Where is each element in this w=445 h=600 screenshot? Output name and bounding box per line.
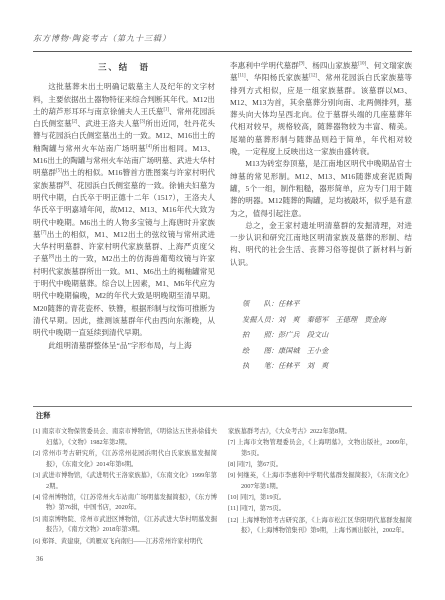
notes-section: [1] 南京市文物保管委员会、南京市博物馆，《明徐达五世孙徐俌夫妇墓》，《文物》… — [33, 427, 412, 548]
credit-row-leader: 领 队：任林平 — [242, 297, 412, 313]
paragraph-continuation: 李惠利中学明代墓群[9]、杨四山家族墓[10]、何文瑞家族墓[11]、华阳杨氏家… — [230, 60, 412, 158]
footnote-item: [8] 同[7]，第67页。 — [228, 460, 412, 471]
credit-row-writing: 执 笔：任林平 刘 爽 — [242, 359, 412, 375]
running-head: 东方博物·陶瓷考古（第九十三辑） — [33, 33, 412, 44]
credit-names: 任林平 刘 爽 — [278, 362, 328, 370]
footnote-item: [2] 常州市考古研究所，《江苏常州花园浜明代白氏家族墓发掘简报》，《东南文化》… — [33, 449, 217, 470]
document-page: 东方博物·陶瓷考古（第九十三辑） 三、结 语 这批墓葬未出土明确记载墓主人及纪年… — [0, 0, 445, 600]
footnote-item: [5] 南京博物院、常州市武进区博物馆，《江苏武进大华村明墓发掘报告》，《南方文… — [33, 515, 217, 536]
paragraph: M13为砖室券顶墓，是江南地区明代中晚期品官士绅墓的常见形制。M12、M13、M… — [230, 158, 412, 219]
footnote-continuation: 家族墓群考古》，《大众考古》2022年第8期。 — [228, 427, 412, 438]
footnote-item: [9] 何继英，《上海市李惠利中学明代墓群发掘简报》，《东南文化》2007年第1… — [228, 471, 412, 492]
notes-column-right: 家族墓群考古》，《大众考古》2022年第8期。 [7] 上海市文物管理委员会，《… — [228, 427, 412, 548]
credit-names: 刘 爽 秦德军 王德理 贾金海 — [278, 316, 386, 324]
footnote-item: [4] 常州博物馆，《江苏常州火车站南广场明墓发掘简报》，《东方博物》第76辑，… — [33, 493, 217, 514]
paragraph: 这批墓葬未出土明确记载墓主人及纪年的文字材料，主要依据出土器物特征来综合判断其年… — [33, 81, 215, 339]
credit-row-excavators: 发掘人员：刘 爽 秦德军 王德理 贾金海 — [242, 313, 412, 329]
credit-names: 彭广兵 段文山 — [278, 331, 328, 339]
credit-role: 发掘人员： — [242, 316, 278, 324]
credit-names: 任林平 — [278, 300, 300, 308]
credit-row-drawing: 绘 图：康国城 王小金 — [242, 344, 412, 360]
credits-block: 领 队：任林平 发掘人员：刘 爽 秦德军 王德理 贾金海 拍 照：彭广兵 段文山… — [230, 297, 412, 375]
notes-title: 注释 — [36, 411, 50, 421]
footnote-item: [10] 同[7]，第19页。 — [228, 493, 412, 504]
page-number: 36 — [36, 555, 43, 563]
footnote-item: [6] 郑铎、黄建康，《鸿雁双飞向南归——江苏常州许家村明代 — [33, 537, 217, 548]
footnote-item: [3] 武进市博物馆，《武进明代王洛家族墓》，《东南文化》1999年第2期。 — [33, 471, 217, 492]
footnote-item: [11] 同[7]，第75页。 — [228, 504, 412, 515]
credit-role: 领 队： — [242, 300, 278, 308]
footnote-item: [12] 上海博物馆考古研究部，《上海市松江区华阳明代墓群发掘简报》，《上海博物… — [228, 516, 412, 537]
notes-divider — [33, 406, 412, 407]
body-column-left: 三、结 语 这批墓葬未出土明确记载墓主人及纪年的文字材料，主要依据出土器物特征来… — [33, 60, 215, 352]
header-rule — [33, 51, 412, 52]
footnote-item: [7] 上海市文物管理委员会，《上海明墓》，文物出版社，2009年，第5页。 — [228, 438, 412, 459]
credit-role: 拍 照： — [242, 331, 278, 339]
body-column-right: 李惠利中学明代墓群[9]、杨四山家族墓[10]、何文瑞家族墓[11]、华阳杨氏家… — [230, 60, 412, 375]
credit-role: 执 笔： — [242, 362, 278, 370]
paragraph: 此组明清墓群整体呈“品”字形布局，与上海 — [33, 340, 215, 352]
credit-names: 康国城 王小金 — [278, 347, 328, 355]
credit-role: 绘 图： — [242, 347, 278, 355]
paragraph: 总之，金王家村遗址明清墓群的发掘清理，对进一步认识和研究江南地区明清家族及墓葬的… — [230, 220, 412, 269]
footnote-item: [1] 南京市文物保管委员会、南京市博物馆，《明徐达五世孙徐俌夫妇墓》，《文物》… — [33, 427, 217, 448]
credit-row-photography: 拍 照：彭广兵 段文山 — [242, 328, 412, 344]
section-title: 三、结 语 — [33, 62, 215, 74]
notes-column-left: [1] 南京市文物保管委员会、南京市博物馆，《明徐达五世孙徐俌夫妇墓》，《文物》… — [33, 427, 217, 548]
